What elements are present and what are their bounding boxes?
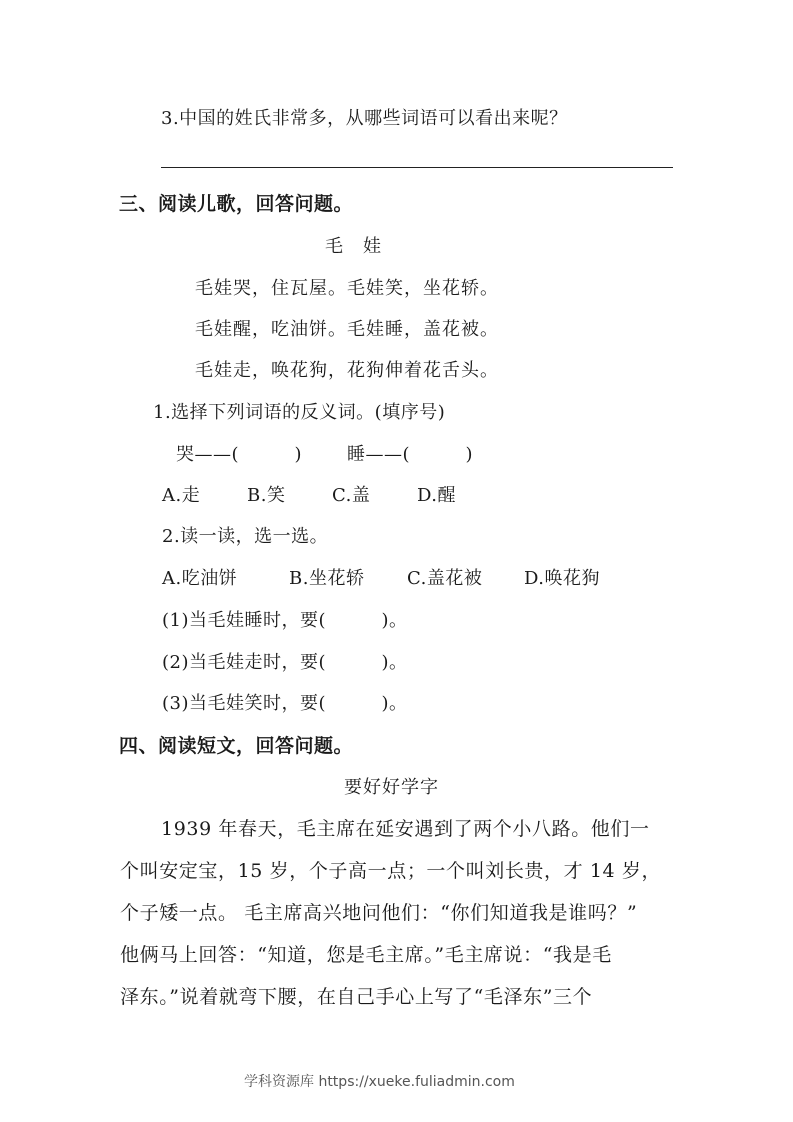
- passage-line: 泽东。”说着就弯下腰，在自己手心上写了“毛泽东”三个: [120, 982, 592, 1009]
- q1-option-c: C.盖: [332, 481, 417, 507]
- passage-line: 他俩马上回答：“知道，您是毛主席。”毛主席说：“我是毛: [120, 940, 612, 967]
- q2-option-a: A.吃油饼: [162, 564, 289, 590]
- footer-watermark: 学科资源库 https://xueke.fuliadmin.com: [244, 1071, 515, 1091]
- q1-prompt: 1.选择下列词语的反义词。(填序号): [153, 398, 445, 424]
- q2-item: (3)当毛娃笑时，要( )。: [162, 689, 408, 715]
- answer-line: [161, 167, 673, 168]
- passage-line: 1939 年春天，毛主席在延安遇到了两个小八路。他们一: [161, 814, 650, 841]
- poem-line: 毛娃走，唤花狗，花狗伸着花舌头。: [195, 356, 499, 382]
- q2-item: (2)当毛娃走时，要( )。: [162, 648, 408, 674]
- q2-prompt: 2.读一读，选一选。: [162, 522, 328, 548]
- q2-item: (1)当毛娃睡时，要( )。: [162, 606, 408, 632]
- question-3: 3.中国的姓氏非常多，从哪些词语可以看出来呢？: [161, 104, 568, 130]
- section-3-heading: 三、阅读儿歌，回答问题。: [119, 189, 353, 216]
- poem-title: 毛 娃: [325, 232, 382, 258]
- q1-options: A.走B.笑C.盖D.醒: [162, 481, 456, 507]
- q2-option-c: C.盖花被: [407, 564, 524, 590]
- poem-line: 毛娃哭，住瓦屋。毛娃笑，坐花轿。: [195, 274, 499, 300]
- q1-blank-sleep: 睡——( ): [347, 440, 473, 466]
- passage-line: 个子矮一点。 毛主席高兴地问他们：“你们知道我是谁吗？”: [120, 898, 637, 925]
- q1-option-a: A.走: [162, 481, 247, 507]
- passage-title: 要好好学字: [344, 773, 439, 799]
- q1-blank-cry: 哭——( ): [176, 440, 302, 466]
- q2-option-b: B.坐花轿: [289, 564, 407, 590]
- section-4-heading: 四、阅读短文，回答问题。: [119, 731, 353, 758]
- q1-option-b: B.笑: [247, 481, 332, 507]
- q2-option-d: D.唤花狗: [524, 564, 600, 590]
- poem-line: 毛娃醒，吃油饼。毛娃睡，盖花被。: [195, 315, 499, 341]
- q1-option-d: D.醒: [417, 481, 456, 507]
- q2-options: A.吃油饼B.坐花轿C.盖花被D.唤花狗: [162, 564, 600, 590]
- passage-line: 个叫安定宝，15 岁，个子高一点；一个叫刘长贵，才 14 岁，: [120, 856, 661, 883]
